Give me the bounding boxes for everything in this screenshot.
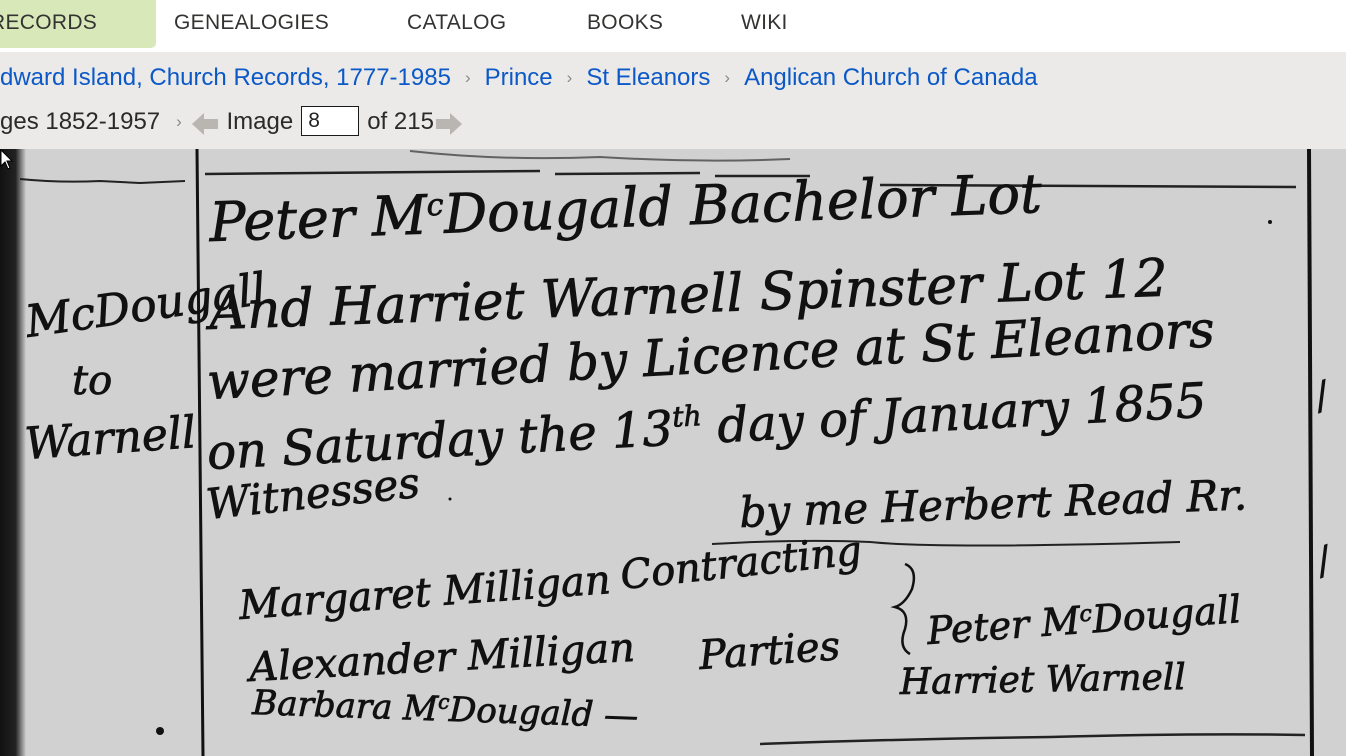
- arrow-right-icon[interactable]: [434, 110, 462, 132]
- top-navigation: RECORDS GENEALOGIES CATALOG BOOKS WIKI: [0, 0, 1346, 50]
- tab-books[interactable]: BOOKS: [587, 0, 663, 48]
- tab-books-label: BOOKS: [587, 11, 663, 34]
- breadcrumb: dward Island, Church Records, 1777-1985›…: [0, 60, 1038, 96]
- svg-text:to: to: [72, 358, 112, 404]
- breadcrumb-collection[interactable]: dward Island, Church Records, 1777-1985: [0, 64, 451, 91]
- tab-catalog[interactable]: CATALOG: [407, 0, 506, 48]
- breadcrumb-separator: ›: [465, 68, 471, 87]
- arrow-left-icon[interactable]: [192, 110, 220, 132]
- svg-text:Harriet Warnell: Harriet Warnell: [898, 657, 1186, 703]
- tab-genealogies[interactable]: GENEALOGIES: [174, 0, 329, 48]
- tab-catalog-label: CATALOG: [407, 11, 506, 34]
- breadcrumb-prince[interactable]: Prince: [485, 64, 553, 91]
- image-total-label: of 215: [367, 108, 434, 135]
- image-number-input[interactable]: [301, 106, 359, 136]
- document-image-viewer[interactable]: McDougall to Warnell Peter McDougald Bac…: [0, 149, 1346, 756]
- tab-records-label: RECORDS: [0, 0, 97, 46]
- image-label: Image: [226, 108, 293, 135]
- mouse-pointer-icon: [0, 149, 14, 171]
- tab-wiki[interactable]: WIKI: [741, 0, 788, 48]
- tab-genealogies-label: GENEALOGIES: [174, 11, 329, 34]
- breadcrumb-separator: ›: [724, 68, 730, 87]
- collection-label: ges 1852-1957: [0, 108, 160, 135]
- breadcrumb-st-eleanors[interactable]: St Eleanors: [586, 64, 710, 91]
- pager-separator: ›: [176, 112, 182, 131]
- breadcrumb-anglican-church[interactable]: Anglican Church of Canada: [744, 64, 1038, 91]
- tab-records[interactable]: RECORDS: [0, 0, 156, 48]
- breadcrumb-separator: ›: [567, 68, 573, 87]
- handwritten-register-image: McDougall to Warnell Peter McDougald Bac…: [0, 149, 1346, 756]
- tab-wiki-label: WIKI: [741, 11, 788, 34]
- image-toolbar: dward Island, Church Records, 1777-1985›…: [0, 52, 1346, 149]
- image-pager: ges 1852-1957› Imageof 215: [0, 104, 462, 140]
